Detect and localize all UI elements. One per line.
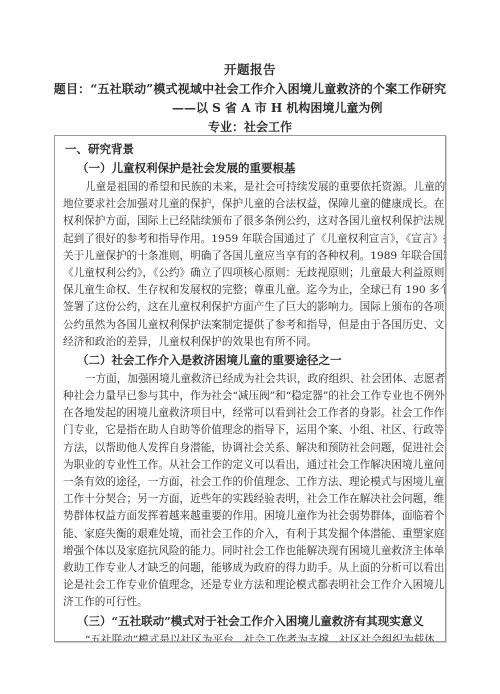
document-title: 开题报告 bbox=[0, 60, 500, 78]
text-line: 救助工作专业人才缺乏的问题，能够成为政府的得力助手。从上面的分析可以看出，无 bbox=[63, 560, 445, 577]
text-line: 一方面，加强困境儿童救济已经成为社会共识，政府组织、社会团体、志愿者等多 bbox=[63, 371, 445, 388]
thesis-subtopic: ——以 S 省 A 市 H 机构困境儿童为例 bbox=[172, 99, 382, 116]
major-label: 专业：社会工作 bbox=[0, 118, 500, 135]
text-line: 起到了很好的参考和指导作用。1959 年联合国通过了《儿童权利宣言》，《宣言》提… bbox=[63, 231, 445, 248]
text-line: 济工作的可行性。 bbox=[63, 594, 445, 611]
text-line: 儿童是祖国的希望和民族的未来，是社会可持续发展的重要依托资源。儿童的重要 bbox=[63, 179, 445, 196]
text-line: 关于儿童保护的十条准则，明确了各国儿童应当享有的各种权利。1989 年联合国颁布… bbox=[63, 248, 445, 265]
subsection-heading-3: （三）“五社联动”模式对于社会工作介入困境儿童救济有其现实意义 bbox=[77, 612, 445, 632]
text-line: 论是社会工作专业价值理念，还是专业方法和理论模式都表明社会工作介入困境儿童救 bbox=[63, 577, 445, 594]
paragraph-social-work-intervention: 一方面，加强困境儿童救济已经成为社会共识，政府组织、社会团体、志愿者等多 种社会… bbox=[63, 371, 445, 612]
text-line: 增强个体以及家庭抗风险的能力。同时社会工作也能解决现有困境儿童救济主体单一、 bbox=[63, 543, 445, 560]
text-line: “五社联动”模式是以社区为平台、社会工作者为支撑、社区社会组织为载体、社 bbox=[63, 632, 445, 643]
text-line: 一条有效的途径，一方面，社会工作的价值理念、工作方法、理论模式与困境儿童救济 bbox=[63, 474, 445, 491]
text-line: 工作十分契合；另一方面，近些年的实践经验表明，社会工作在解决社会问题，维护弱 bbox=[63, 491, 445, 508]
text-line: 保儿童生命权、生存权和发展权的完整；尊重儿童。迄今为止，全球已有 190 多个国… bbox=[63, 282, 445, 299]
text-line: 地位要求社会加强对儿童的保护，保护儿童的合法权益，保障儿童的健康成长。在儿童 bbox=[63, 196, 445, 213]
text-line: 势群体权益方面发挥着越来越重要的作用。困境儿童作为社会弱势群体，面临着个体失 bbox=[63, 508, 445, 525]
text-line: 《儿童权利公约》，《公约》确立了四项核心原则：无歧视原则；儿童最大利益原则；确 bbox=[63, 265, 445, 282]
report-content-box: 一、研究背景 （一）儿童权利保护是社会发展的重要根基 儿童是祖国的希望和民族的未… bbox=[54, 135, 446, 642]
thesis-topic: 题目：“五社联动”模式视域中社会工作介入困境儿童救济的个案工作研究 bbox=[0, 80, 500, 97]
text-line: 方法，以帮助他人发挥自身潜能，协调社会关系、解决和预防社会问题，促进社会公平 bbox=[63, 440, 445, 457]
text-line: 能、家庭失衡的艰难处境，而社会工作的介入，有利于其发掘个体潜能、重塑家庭结构， bbox=[63, 526, 445, 543]
text-line: 种社会力量早已参与其中，作为社会“减压阀”和“稳定器”的社会工作专业也不例外， bbox=[63, 388, 445, 405]
text-line: 公约虽然为各国儿童权利保护法案制定提供了参考和指导，但是由于各国历史、文化、 bbox=[63, 317, 445, 334]
text-line: 在各地发起的困境儿童救济项目中，经常可以看到社会工作者的身影。社会工作作为一 bbox=[63, 405, 445, 422]
text-line: 签署了这份公约，这在儿童权利保护方面产生了巨大的影响力。国际上颁布的各项条例 bbox=[63, 299, 445, 316]
text-line: 权利保护方面，国际上已经陆续颁布了很多条例公约，这对各国儿童权利保护法规制定 bbox=[63, 213, 445, 230]
text-line: 经济和政治的差异，儿童权利保护的效果也有所不同。 bbox=[63, 334, 445, 351]
paragraph-child-rights: 儿童是祖国的希望和民族的未来，是社会可持续发展的重要依托资源。儿童的重要 地位要… bbox=[63, 179, 445, 351]
text-line: 为职业的专业性工作。从社会工作的定义可以看出，通过社会工作解决困境儿童问题是 bbox=[63, 457, 445, 474]
paragraph-five-society-linkage: “五社联动”模式是以社区为平台、社会工作者为支撑、社区社会组织为载体、社 区志愿… bbox=[63, 632, 445, 643]
text-line: 门专业，它是指在助人自助等价值理念的指导下，运用个案、小组、社区、行政等专业 bbox=[63, 422, 445, 439]
subsection-heading-2: （二）社会工作介入是救济困境儿童的重要途径之一 bbox=[77, 351, 445, 371]
section-heading-research-background: 一、研究背景 bbox=[65, 140, 445, 159]
subsection-heading-1: （一）儿童权利保护是社会发展的重要根基 bbox=[77, 159, 445, 179]
